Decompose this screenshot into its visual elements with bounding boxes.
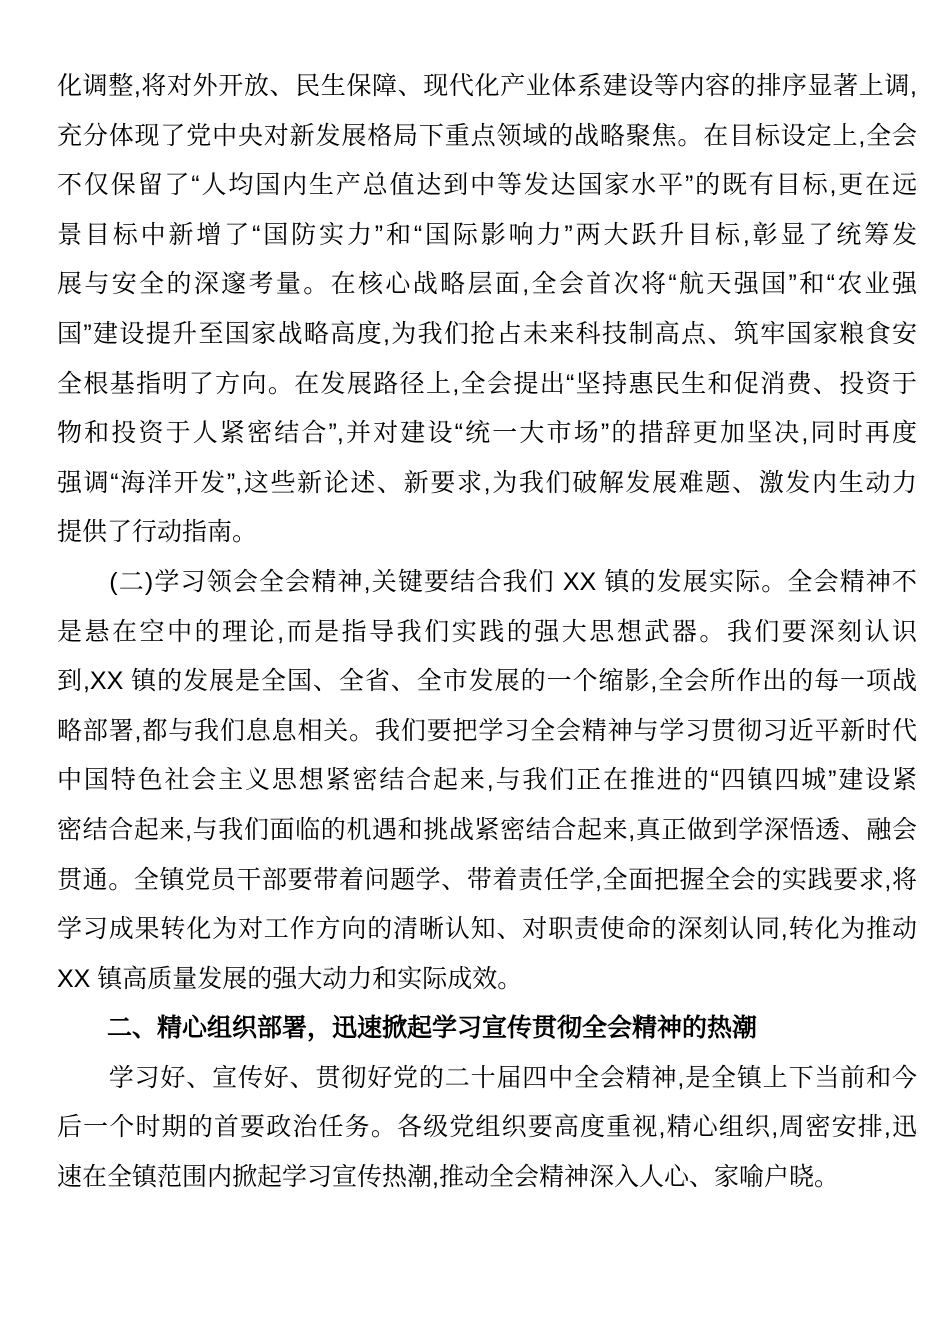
document-body: 化调整,将对外开放、民生保障、现代化产业体系建设等内容的排序显著上调,充分体现了… [57,62,917,1203]
text-line: 展与安全的深邃考量。在核心战略层面,全会首次将“航天强国”和“农业强 [57,260,917,310]
paragraph-2-combine-with-town-reality: (二)学习领会全会精神,关键要结合我们 XX 镇的发展实际。全会精神不是悬在空中… [57,558,917,1004]
text-line: 密结合起来,与我们面临的机遇和挑战紧密结合起来,真正做到学深悟透、融会 [57,806,917,856]
text-line: 景目标中新增了“国防实力”和“国际影响力”两大跃升目标,彰显了统筹发 [57,211,917,261]
text-line: 充分体现了党中央对新发展格局下重点领域的战略聚焦。在目标设定上,全会 [57,112,917,162]
text-line: 略部署,都与我们息息相关。我们要把学习全会精神与学习贯彻习近平新时代 [57,707,917,757]
text-line: 强调“海洋开发”,这些新论述、新要求,为我们破解发展难题、激发内生动力 [57,459,917,509]
text-line: 贯通。全镇党员干部要带着问题学、带着责任学,全面把握全会的实践要求,将 [57,856,917,906]
text-line: 中国特色社会主义思想紧密结合起来,与我们正在推进的“四镇四城”建设紧 [57,756,917,806]
text-line: 是悬在空中的理论,而是指导我们实践的强大思想武器。我们要深刻认识 [57,608,917,658]
text-line: 国”建设提升至国家战略高度,为我们抢占未来科技制高点、筑牢国家粮食安 [57,310,917,360]
document-page: 化调整,将对外开放、民生保障、现代化产业体系建设等内容的排序显著上调,充分体现了… [0,0,950,1344]
text-line: 二、精心组织部署，迅速掀起学习宣传贯彻全会精神的热潮 [57,1004,917,1054]
text-line: XX 镇高质量发展的强大动力和实际成效。 [57,955,917,1005]
text-line: 速在全镇范围内掀起学习宣传热潮,推动全会精神深入人心、家喻户晓。 [57,1153,917,1203]
text-line: 后一个时期的首要政治任务。各级党组织要高度重视,精心组织,周密安排,迅 [57,1103,917,1153]
text-line: 不仅保留了“人均国内生产总值达到中等发达国家水平”的既有目标,更在远 [57,161,917,211]
paragraph-plenum-analysis-continued: 化调整,将对外开放、民生保障、现代化产业体系建设等内容的排序显著上调,充分体现了… [57,62,917,558]
text-line: (二)学习领会全会精神,关键要结合我们 XX 镇的发展实际。全会精神不 [57,558,917,608]
paragraph-study-propaganda-task: 学习好、宣传好、贯彻好党的二十届四中全会精神,是全镇上下当前和今后一个时期的首要… [57,1054,917,1203]
text-line: 到,XX 镇的发展是全国、全省、全市发展的一个缩影,全会所作出的每一项战 [57,657,917,707]
text-line: 提供了行动指南。 [57,508,917,558]
text-line: 物和投资于人紧密结合”,并对建设“统一大市场”的措辞更加坚决,同时再度 [57,409,917,459]
text-line: 全根基指明了方向。在发展路径上,全会提出“坚持惠民生和促消费、投资于 [57,360,917,410]
text-line: 化调整,将对外开放、民生保障、现代化产业体系建设等内容的排序显著上调, [57,62,917,112]
text-line: 学习好、宣传好、贯彻好党的二十届四中全会精神,是全镇上下当前和今 [57,1054,917,1104]
text-line: 学习成果转化为对工作方向的清晰认知、对职责使命的深刻认同,转化为推动 [57,905,917,955]
heading-section-2-organize-deployment: 二、精心组织部署，迅速掀起学习宣传贯彻全会精神的热潮 [57,1004,917,1054]
